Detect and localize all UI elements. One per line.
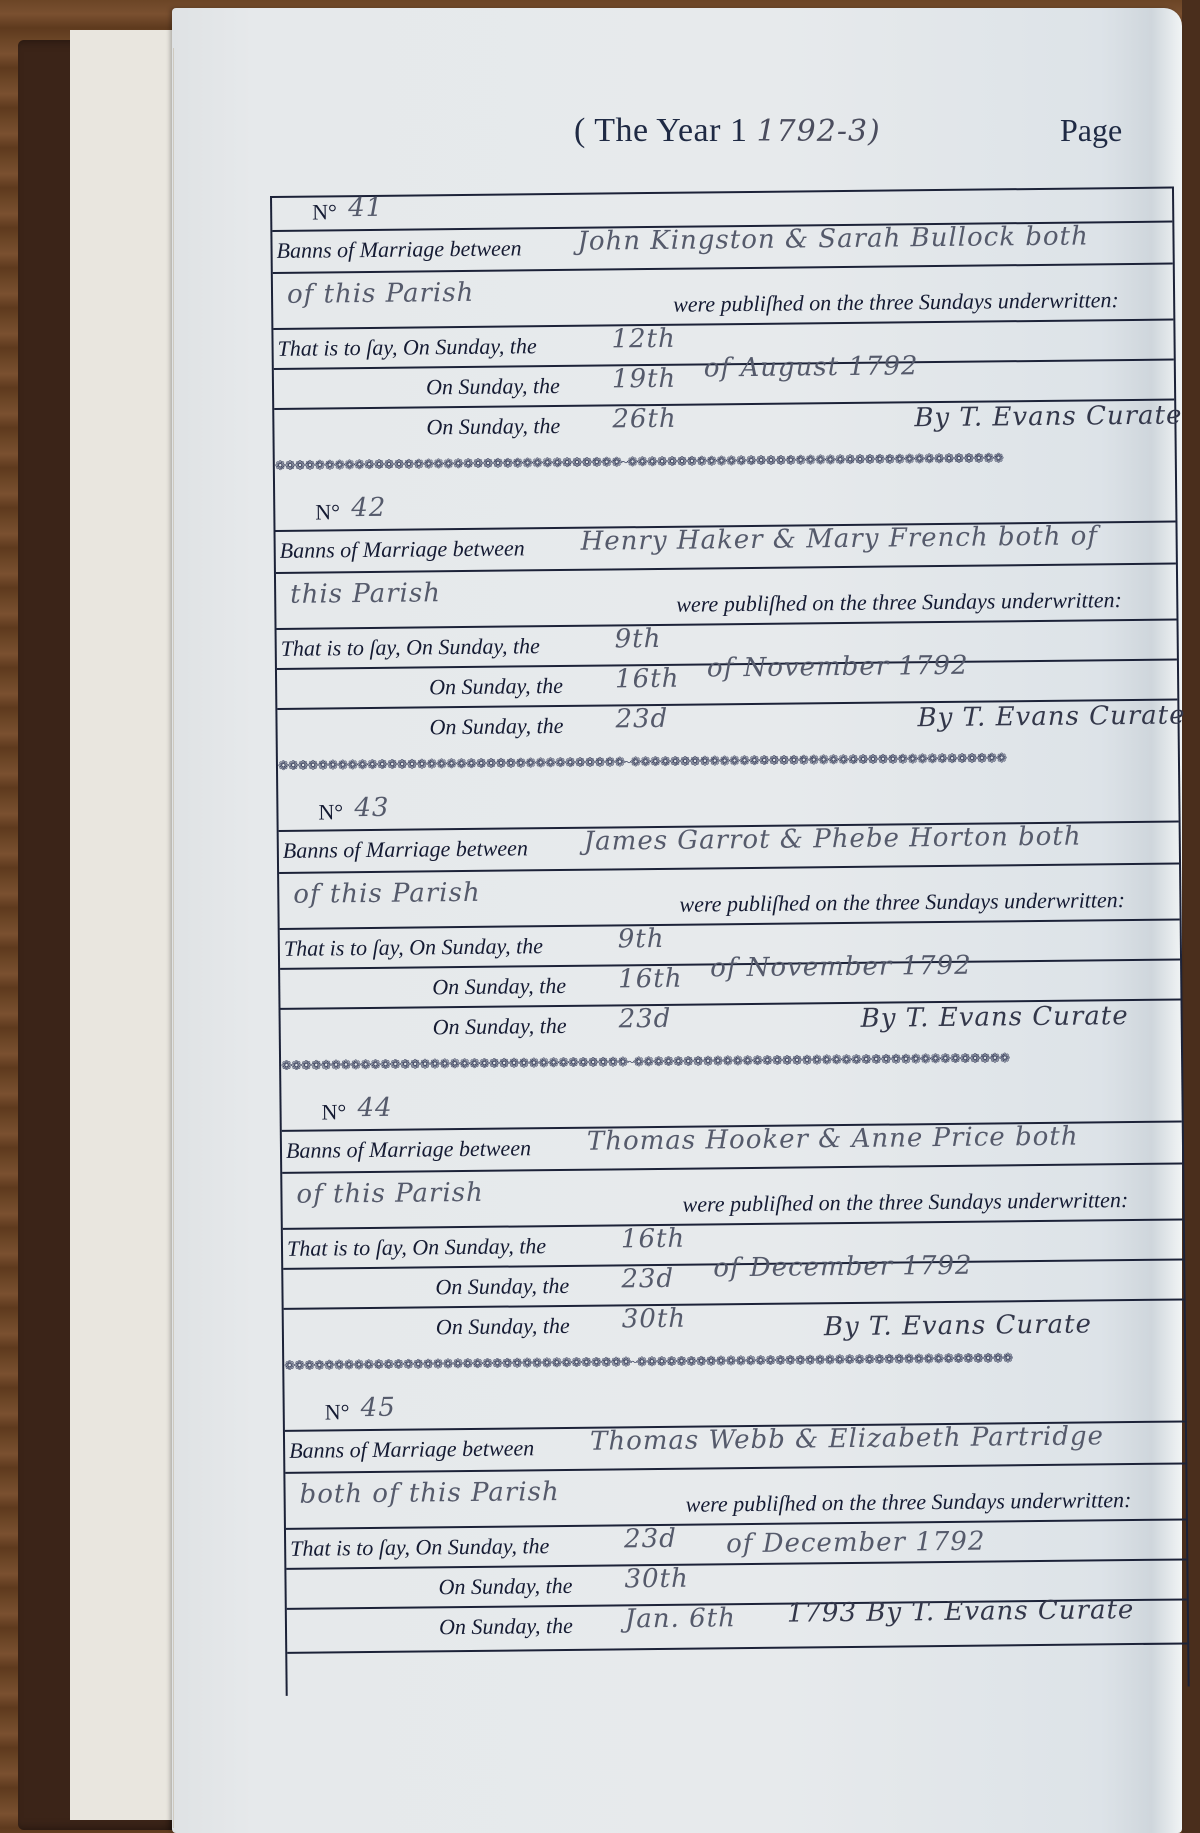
sunday-2-date: 19th (612, 364, 677, 395)
sunday-3-date: 30th (622, 1304, 687, 1335)
published-label: were publiſhed on the three Sundays unde… (679, 887, 1125, 918)
rule (284, 1298, 1184, 1309)
officiant-signature: By T. Evans Curate (914, 400, 1182, 433)
year-prefix: ( The Year 1 (574, 112, 747, 149)
banns-entry: N° 43 Banns of Marriage between James Ga… (278, 787, 1181, 1096)
year-header: ( The Year 1 1792-3) (574, 112, 881, 150)
banns-entry: N° 42 Banns of Marriage between Henry Ha… (275, 487, 1178, 796)
month-year: of November 1792 (707, 651, 969, 684)
on-sunday-label: On Sunday, the (429, 713, 563, 740)
officiant-signature: 1793 By T. Evans Curate (787, 1595, 1135, 1629)
banns-label: Banns of Marriage between (289, 1435, 534, 1464)
on-sunday-label: On Sunday, the (432, 973, 566, 1000)
published-label: were publiſhed on the three Sundays unde… (686, 1487, 1132, 1518)
on-sunday-label: On Sunday, the (426, 373, 560, 400)
ornamental-divider: ❁❁❁❁❁❁❁❁❁❁❁❁❁❁❁❁❁❁❁❁❁❁❁❁❁❁❁❁❁❁❁❁❁❁❁~❁❁❁❁… (278, 749, 1178, 774)
banns-entry: N° 44 Banns of Marriage between Thomas H… (281, 1087, 1184, 1396)
banns-label: Banns of Marriage between (286, 1135, 531, 1164)
parish: of this Parish (293, 878, 481, 910)
banns-label: Banns of Marriage between (280, 535, 525, 564)
ornamental-divider: ❁❁❁❁❁❁❁❁❁❁❁❁❁❁❁❁❁❁❁❁❁❁❁❁❁❁❁❁❁❁❁❁❁❁❁~❁❁❁❁… (281, 1049, 1181, 1074)
entry-number-label: N° (325, 1399, 350, 1425)
rule (279, 863, 1179, 874)
on-sunday-label: On Sunday, the (426, 413, 560, 440)
published-label: were publiſhed on the three Sundays unde… (682, 1187, 1128, 1218)
couple-names: John Kingston & Sarah Bullock both (577, 221, 1089, 256)
on-sunday-label: On Sunday, the (433, 1013, 567, 1040)
on-sunday-label: On Sunday, the (439, 1613, 573, 1640)
entry-number: 41 (348, 193, 383, 223)
sunday-1-date: 9th (618, 924, 665, 954)
banns-label: Banns of Marriage between (283, 835, 528, 864)
entry-number: 43 (354, 793, 389, 823)
entry-number-label: N° (321, 1099, 346, 1125)
ornamental-divider: ❁❁❁❁❁❁❁❁❁❁❁❁❁❁❁❁❁❁❁❁❁❁❁❁❁❁❁❁❁❁❁❁❁❁❁~❁❁❁❁… (275, 449, 1175, 474)
month-year: of December 1792 (726, 1527, 986, 1560)
that-is-to-say-label: That is to ſay, On Sunday, the (287, 1233, 546, 1262)
sunday-2-date: 23d (621, 1264, 674, 1295)
page-label: Page (1060, 112, 1122, 149)
on-sunday-label: On Sunday, the (438, 1573, 572, 1600)
sunday-1-date: 16th (621, 1224, 686, 1255)
that-is-to-say-label: That is to ſay, On Sunday, the (284, 933, 543, 962)
year-handwritten: 1792-3) (756, 114, 880, 149)
rule (287, 1642, 1187, 1653)
that-is-to-say-label: That is to ſay, On Sunday, the (281, 633, 540, 662)
officiant-signature: By T. Evans Curate (917, 700, 1185, 733)
rule (283, 1218, 1183, 1229)
rule (273, 263, 1173, 274)
sunday-1-date: 12th (611, 324, 676, 355)
couple-names: Henry Haker & Mary French both of (580, 521, 1098, 556)
published-label: were publiſhed on the three Sundays unde… (673, 287, 1119, 318)
banns-entry: N° 41 Banns of Marriage between John Kin… (272, 187, 1175, 496)
parish: this Parish (290, 578, 441, 610)
couple-names: James Garrot & Phebe Horton both (584, 822, 1082, 857)
officiant-signature: By T. Evans Curate (860, 1001, 1128, 1034)
couple-names: Thomas Hooker & Anne Price both (587, 1122, 1079, 1157)
on-sunday-label: On Sunday, the (435, 1273, 569, 1300)
sunday-2-date: 16th (618, 964, 683, 995)
sunday-3-date: 23d (615, 704, 668, 735)
sunday-2-date: 30th (624, 1564, 689, 1595)
month-year: of November 1792 (710, 951, 972, 984)
sunday-3-date: 26th (612, 404, 677, 435)
on-sunday-label: On Sunday, the (429, 673, 563, 700)
that-is-to-say-label: That is to ſay, On Sunday, the (290, 1533, 549, 1562)
rule (277, 619, 1177, 630)
parish: of this Parish (287, 278, 475, 310)
banns-register: N° 41 Banns of Marriage between John Kin… (270, 187, 1190, 1696)
month-year: of August 1792 (704, 351, 919, 383)
sunday-2-date: 16th (615, 664, 680, 695)
month-year: of December 1792 (713, 1251, 973, 1284)
rule (285, 1462, 1185, 1473)
rule (280, 919, 1180, 930)
banns-label: Banns of Marriage between (276, 235, 521, 264)
sunday-1-date: 23d (624, 1524, 677, 1555)
sunday-3-date: Jan. 6th (625, 1603, 736, 1634)
parish: of this Parish (296, 1178, 484, 1210)
officiant-signature: By T. Evans Curate (824, 1309, 1092, 1342)
rule (276, 563, 1176, 574)
sunday-1-date: 9th (615, 624, 662, 654)
sunday-3-date: 23d (618, 1004, 671, 1035)
published-label: were publiſhed on the three Sundays unde… (676, 587, 1122, 618)
that-is-to-say-label: That is to ſay, On Sunday, the (277, 333, 536, 362)
entry-number: 44 (357, 1093, 392, 1123)
entry-number: 42 (351, 493, 386, 523)
entry-number-label: N° (312, 199, 337, 225)
rule (273, 319, 1173, 330)
entry-number: 45 (361, 1393, 396, 1423)
ornamental-divider: ❁❁❁❁❁❁❁❁❁❁❁❁❁❁❁❁❁❁❁❁❁❁❁❁❁❁❁❁❁❁❁❁❁❁❁~❁❁❁❁… (284, 1348, 1184, 1373)
entry-number-label: N° (315, 499, 340, 525)
banns-entry: N° 45 Banns of Marriage between Thomas W… (285, 1386, 1188, 1695)
entry-number-label: N° (318, 799, 343, 825)
rule (282, 1163, 1182, 1174)
parish: both of this Parish (299, 1477, 559, 1510)
couple-names: Thomas Webb & Elizabeth Partridge (590, 1421, 1104, 1456)
on-sunday-label: On Sunday, the (436, 1313, 570, 1340)
